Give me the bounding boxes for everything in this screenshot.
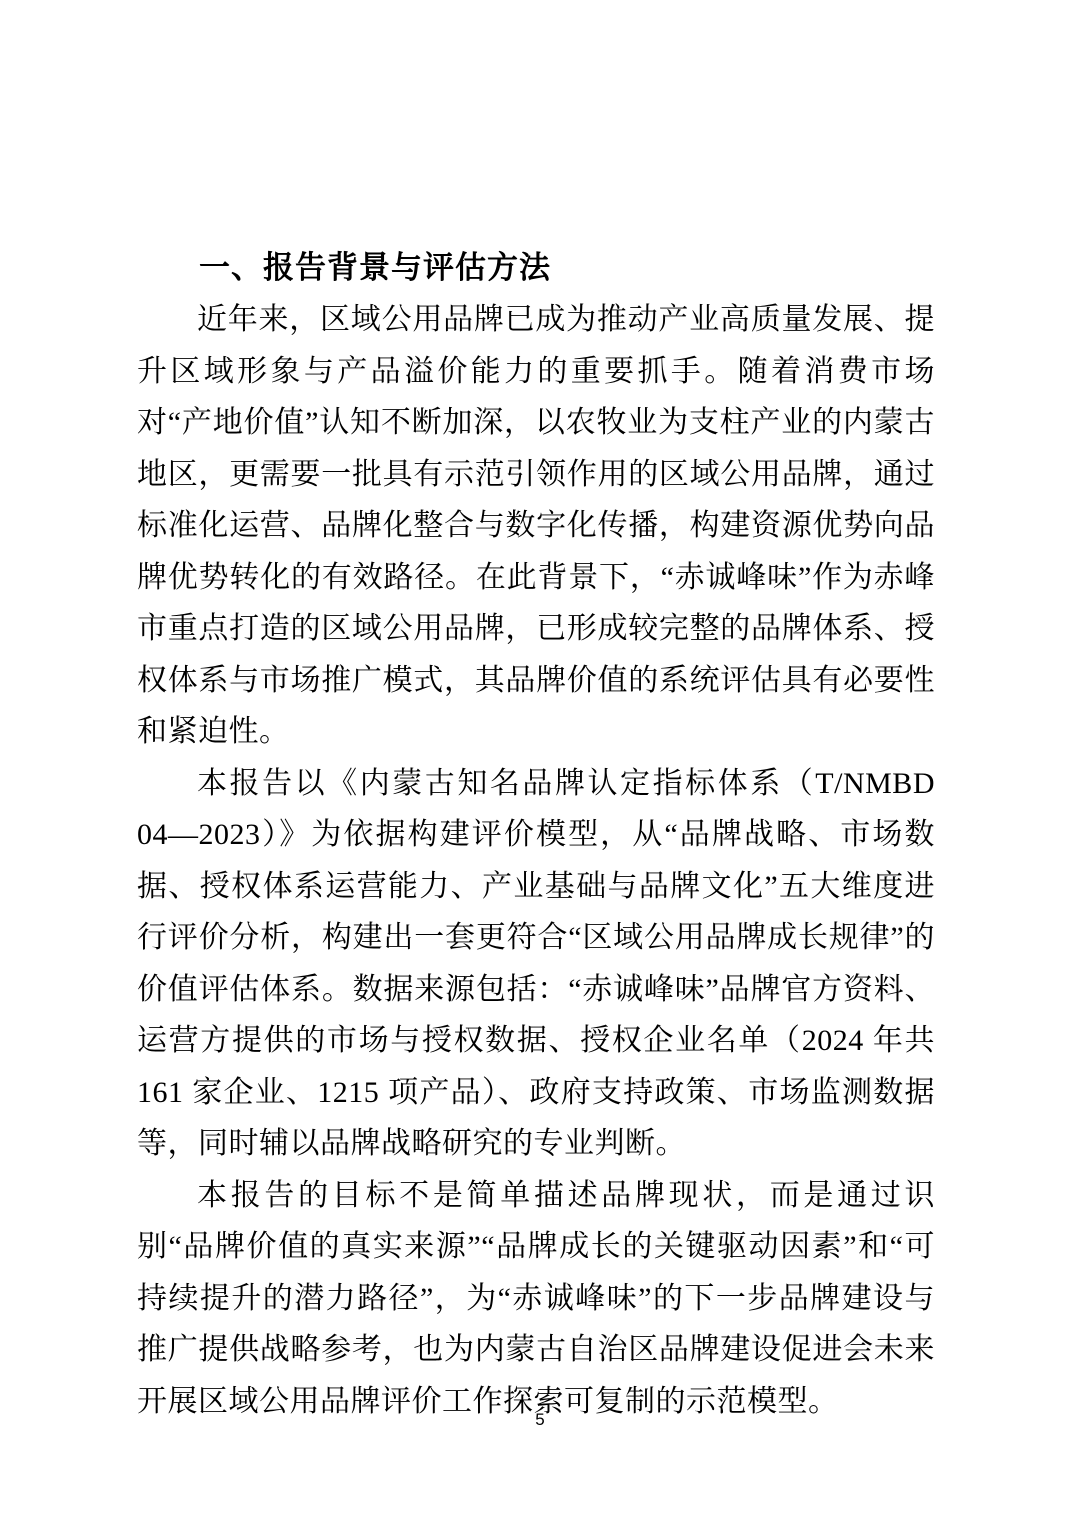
document-content: 一、报告背景与评估方法 近年来，区域公用品牌已成为推动产业高质量发展、提升区域形…: [137, 242, 935, 1427]
paragraph-methodology: 本报告以《内蒙古知名品牌认定指标体系（T/NMBD 04—2023）》为依据构建…: [137, 758, 935, 1170]
paragraph-background: 近年来，区域公用品牌已成为推动产业高质量发展、提升区域形象与产品溢价能力的重要抓…: [137, 294, 935, 758]
page-number: 5: [0, 1408, 1080, 1432]
paragraph-goal: 本报告的目标不是简单描述品牌现状，而是通过识别“品牌价值的真实来源”“品牌成长的…: [137, 1170, 935, 1428]
section-heading: 一、报告背景与评估方法: [137, 242, 935, 294]
document-page: 一、报告背景与评估方法 近年来，区域公用品牌已成为推动产业高质量发展、提升区域形…: [0, 0, 1080, 1528]
